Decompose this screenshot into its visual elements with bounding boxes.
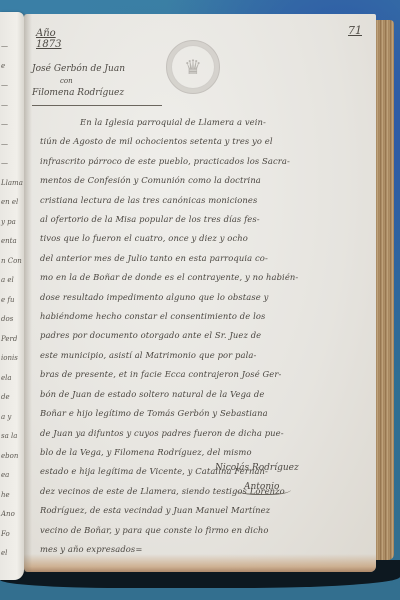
record-line: mes y año expresados= (40, 540, 370, 559)
record-line: al ofertorio de la Misa popular de los t… (40, 210, 370, 229)
record-line: del anterior mes de Julio tanto en esta … (40, 249, 370, 268)
record-line: bras de presente, et in facie Ecca contr… (40, 365, 370, 384)
record-line: dose resultado impedimento alguno que lo… (40, 288, 370, 307)
connector-word: con (32, 76, 125, 86)
record-line: padres por documento otorgado ante el Sr… (40, 326, 370, 345)
embossed-seal-icon: ♛ (166, 40, 220, 94)
record-year: Año 1873 (36, 28, 61, 50)
previous-page-fragment: ebon (1, 452, 18, 460)
previous-page-fragment: — (1, 42, 8, 50)
previous-page-fragment: enta (1, 237, 17, 245)
previous-page-fragment: he (1, 491, 10, 499)
previous-page-fragment: el (1, 549, 7, 557)
previous-page-fragment: — (1, 81, 8, 89)
record-line: tiún de Agosto de mil ochocientos setent… (40, 132, 370, 151)
previous-page-fragment: en el (1, 198, 18, 206)
record-line: mentos de Confesión y Comunión como la d… (40, 171, 370, 190)
groom-name: José Gerbón de Juan (32, 62, 125, 76)
previous-page-fragment: n Con (1, 257, 22, 265)
record-line: infrascrito párroco de este pueblo, prac… (40, 152, 370, 171)
record-line: cristiana lectura de las tres canónicas … (40, 191, 370, 210)
previous-page-fragment: — (1, 140, 8, 148)
record-line: habiéndome hecho constar el consentimien… (40, 307, 370, 326)
priest-signature: Antonio (236, 482, 291, 495)
bride-name: Filomena Rodríguez (32, 86, 125, 100)
previous-page-fragment: — (1, 120, 8, 128)
year-value: 1873 (36, 39, 61, 50)
year-label: Año (36, 28, 61, 39)
record-line: En la Iglesia parroquial de Llamera a ve… (40, 113, 370, 132)
previous-page-fragment: ionis (1, 354, 18, 362)
previous-page-fragment: e fu (1, 296, 14, 304)
record-line: tivos que lo fueron el cuatro, once y di… (40, 229, 370, 248)
record-line: mo en la de Boñar de donde es el contray… (40, 268, 370, 287)
record-body: En la Iglesia parroquial de Llamera a ve… (40, 113, 370, 559)
record-line: dez vecinos de este de Llamera, siendo t… (40, 482, 370, 501)
previous-page-fragment: Ano (1, 510, 15, 518)
previous-page-fragment: — (1, 101, 8, 109)
crown-icon: ♛ (184, 55, 202, 79)
marginal-header: José Gerbón de Juan con Filomena Rodrígu… (32, 62, 125, 100)
folio-number: 71 (348, 24, 362, 37)
record-line: estado e hija legítima de Vicente, y Cat… (40, 462, 370, 481)
record-line: este municipio, asistí al Matrimonio que… (40, 346, 370, 365)
header-divider (32, 105, 162, 106)
page-gutter (24, 14, 32, 572)
previous-page-fragment: ela (1, 374, 12, 382)
record-line: blo de la Vega, y Filomena Rodríguez, de… (40, 443, 370, 462)
previous-page-fragment: e (1, 62, 5, 70)
previous-page-fragment: de (1, 393, 10, 401)
record-line: bón de Juan de estado soltero natural de… (40, 385, 370, 404)
previous-page-fragment: dos (1, 315, 13, 323)
previous-page-fragment: a y (1, 413, 11, 421)
record-line: de Juan ya difuntos y cuyos padres fuero… (40, 424, 370, 443)
previous-page-fragment: — (1, 159, 8, 167)
previous-page-fragment: sa la (1, 432, 17, 440)
previous-page-fragment: a el (1, 276, 14, 284)
previous-page-fragment: y pa (1, 218, 16, 226)
previous-page-fragment: Perd (1, 335, 17, 343)
record-line: Rodríguez, de esta vecindad y Juan Manue… (40, 501, 370, 520)
previous-page-edge: —e—————Llamaen ely paentan Cona ele fudo… (0, 12, 24, 580)
previous-page-fragment: ea (1, 471, 9, 479)
book-page-block (374, 20, 394, 560)
witness-signature: Nicolás Rodríguez (215, 463, 299, 473)
previous-page-fragment: Fo (1, 530, 10, 538)
previous-page-fragment: Llama (1, 179, 23, 187)
record-line: Boñar e hijo legítimo de Tomás Gerbón y … (40, 404, 370, 423)
record-line: vecino de Boñar, y para que conste lo fi… (40, 521, 370, 540)
